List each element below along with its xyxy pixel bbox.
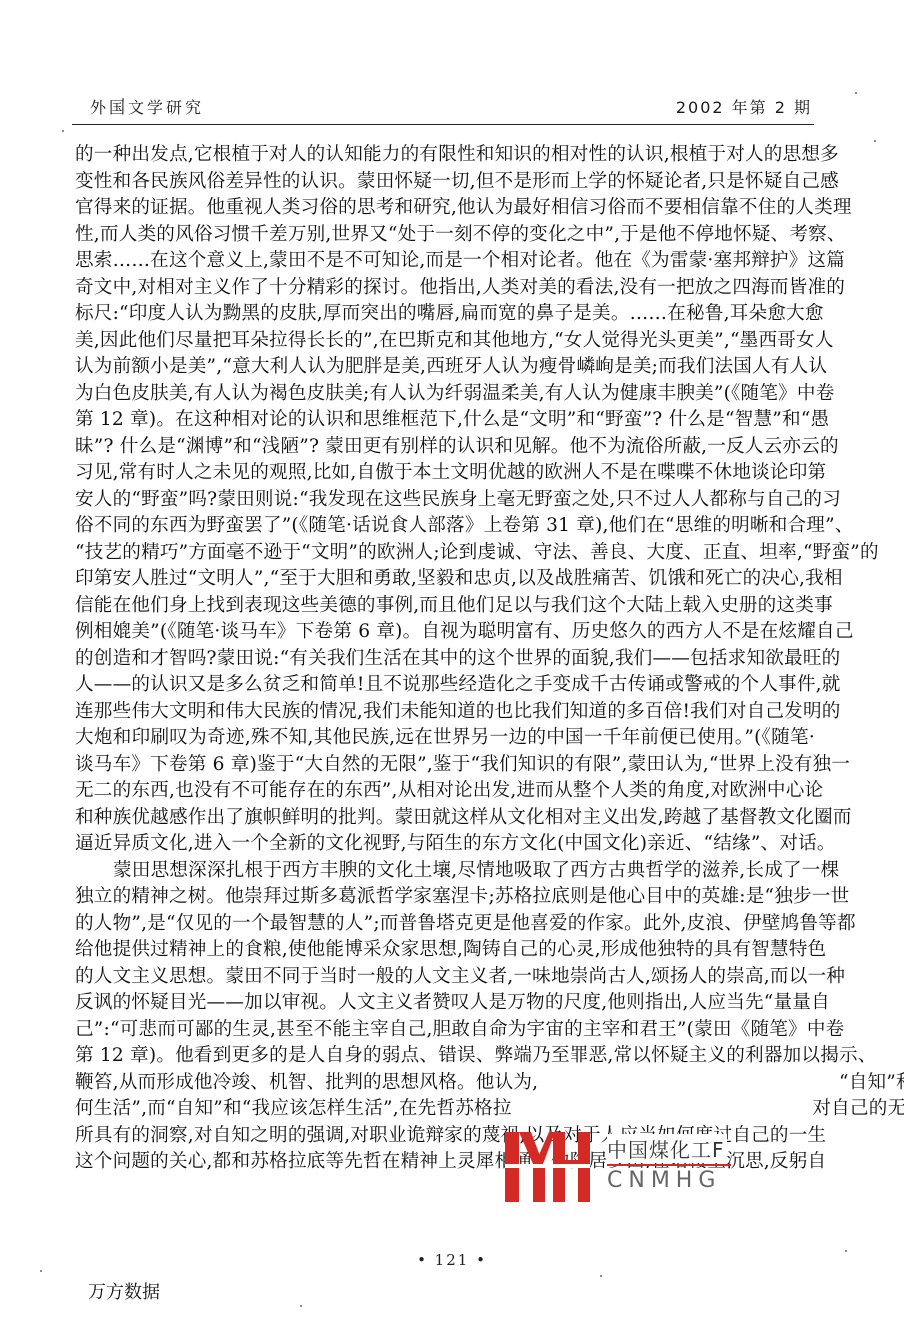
text-line: 人——的认识又是多么贫乏和简单!且不说那些经造化之手变成千古传诵或警戒的个人事件… bbox=[75, 672, 815, 699]
scan-speck bbox=[300, 1305, 302, 1307]
text-line: 独立的精神之树。他崇拜过斯多葛派哲学家塞涅卡;苏格拉底则是他心目中的英雄:是“独… bbox=[75, 884, 815, 911]
text-line: 例相媲美”(《随笔·谈马车》下卷第 6 章)。自视为聪明富有、历史悠久的西方人不… bbox=[75, 619, 815, 646]
text-line: 逼近异质文化,进入一个全新的文化视野,与陌生的东方文化(中国文化)亲近、“结缘”… bbox=[75, 831, 815, 858]
text-line: 第 12 章)。他看到更多的是人自身的弱点、错误、弊端乃至罪恶,常以怀疑主义的利… bbox=[75, 1043, 815, 1070]
text-line: 蒙田思想深深扎根于西方丰腴的文化土壤,尽情地吸取了西方古典哲学的滋养,长成了一棵 bbox=[75, 858, 815, 885]
text-line: 的人文主义思想。蒙田不同于当时一般的人文主义者,一味地崇尚古人,颂扬人的崇高,而… bbox=[75, 964, 815, 991]
text-line: 无二的东西,也没有不可能存在的东西”,从相对论出发,进而从整个人类的角度,对欧洲… bbox=[75, 778, 815, 805]
text-line: 给他提供过精神上的食粮,使他能博采众家思想,陶铸自己的心灵,形成他独特的具有智慧… bbox=[75, 937, 815, 964]
running-header: 外国文学研究 2002 年第 2 期 bbox=[90, 95, 812, 117]
text-line: 和种族优越感作出了旗帜鲜明的批判。蒙田就这样从文化相对主义出发,跨越了基督教文化… bbox=[75, 805, 815, 832]
text-line: 认为前额小是美”,“意大利人认为肥胖是美,西班牙人认为瘦骨嶙峋是美;而我们法国人… bbox=[75, 354, 815, 381]
text-line: “技艺的精巧”方面毫不逊于“文明”的欧洲人;论到虔诚、守法、善良、大度、正直、坦… bbox=[75, 540, 815, 567]
scan-speck bbox=[845, 1250, 847, 1252]
scan-speck bbox=[122, 98, 124, 100]
scan-speck bbox=[855, 92, 857, 94]
text-line: 变性和各民族风俗差异性的认识。蒙田怀疑一切,但不是形而上学的怀疑论者,只是怀疑自… bbox=[75, 169, 815, 196]
watermark-divider bbox=[607, 1164, 731, 1166]
journal-title: 外国文学研究 bbox=[90, 95, 204, 118]
text-line: 鞭笞,从而形成他冷竣、机智、批判的思想风格。他认为,〓〓〓〓〓〓〓〓〓〓〓〓〓〓… bbox=[75, 1070, 815, 1097]
text-line: 安人的“野蛮”吗?蒙田则说:“我发现在这些民族身上毫无野蛮之处,只不过人人都称与… bbox=[75, 487, 815, 514]
text-line: 第 12 章)。在这种相对论的认识和思维框范下,什么是“文明”和“野蛮”? 什么… bbox=[75, 407, 815, 434]
scan-speck bbox=[40, 1270, 42, 1272]
watermark-english-text: CNMHG bbox=[607, 1168, 721, 1193]
text-line: 的人物”,是“仅见的一个最智慧的人”;而普鲁塔克更是他喜爱的作家。此外,皮浪、伊… bbox=[75, 911, 815, 938]
scan-speck bbox=[600, 1275, 602, 1277]
text-line: 信能在他们身上找到表现这些美德的事例,而且他们足以与我们这个大陆上载入史册的这类… bbox=[75, 593, 815, 620]
scan-speck bbox=[874, 140, 876, 142]
text-line: 性,而人类的风俗习惯千差万别,世界又“处于一刻不停的变化之中”,于是他不停地怀疑… bbox=[75, 222, 815, 249]
text-line: 印第安人胜过“文明人”,“至于大胆和勇敢,坚毅和忠贞,以及战胜痛苦、饥饿和死亡的… bbox=[75, 566, 815, 593]
page-number: • 121 • bbox=[0, 1251, 904, 1269]
text-line: 己”:“可悲而可鄙的生灵,甚至不能主宰自己,胆敢自命为宇宙的主宰和君王”(蒙田《… bbox=[75, 1017, 815, 1044]
source-label: 万方数据 bbox=[88, 1278, 160, 1304]
text-line: 标尺:“印度人认为黝黑的皮肤,厚而突出的嘴唇,扁而宽的鼻子是美。……在秘鲁,耳朵… bbox=[75, 301, 815, 328]
body-text: 的一种出发点,它根植于对人的认知能力的有限性和知识的相对性的认识,根植于对人的思… bbox=[75, 142, 815, 1176]
text-line: 俗不同的东西为野蛮罢了”(《随笔·话说食人部落》上卷第 31 章),他们在“思维… bbox=[75, 513, 815, 540]
issue-label: 2002 年第 2 期 bbox=[676, 95, 812, 118]
text-line: 昧”? 什么是“渊博”和“浅陋”? 蒙田更有别样的认识和见解。他不为流俗所蔽,一… bbox=[75, 434, 815, 461]
watermark-logo: 中国煤化工F CNMHG bbox=[505, 1132, 755, 1202]
text-line: 何生活”,而“自知”和“我应该怎样生活”,在先哲苏格拉〓〓〓〓〓〓〓〓〓〓〓〓〓… bbox=[75, 1096, 815, 1123]
text-line: 的一种出发点,它根植于对人的认知能力的有限性和知识的相对性的认识,根植于对人的思… bbox=[75, 142, 815, 169]
text-line: 大炮和印刷叹为奇迹,殊不知,其他民族,远在世界另一边的中国一千年前便已使用。”(… bbox=[75, 725, 815, 752]
text-line: 谈马车》下卷第 6 章)鉴于“大自然的无限”,鉴于“我们知识的有限”,蒙田认为,… bbox=[75, 752, 815, 779]
mh-logo-icon bbox=[505, 1132, 590, 1202]
document-page: 外国文学研究 2002 年第 2 期 的一种出发点,它根植于对人的认知能力的有限… bbox=[0, 0, 904, 1320]
text-line: 官得来的证据。他重视人类习俗的思考和研究,他认为最好相信习俗而不要相信靠不住的人… bbox=[75, 195, 815, 222]
text-line: 的创造和才智吗?蒙田说:“有关我们生活在其中的这个世界的面貌,我们——包括求知欲… bbox=[75, 646, 815, 673]
scan-speck bbox=[62, 130, 64, 132]
text-line: 美,因此他们尽量把耳朵拉得长长的”,在巴斯克和其他地方,“女人觉得光头更美”,“… bbox=[75, 328, 815, 355]
watermark-chinese-text: 中国煤化工F bbox=[607, 1134, 727, 1163]
header-rule bbox=[72, 124, 814, 125]
text-line: 习见,常有时人之未见的观照,比如,自傲于本土文明优越的欧洲人不是在喋喋不休地谈论… bbox=[75, 460, 815, 487]
text-line: 思索……在这个意义上,蒙田不是不可知论,而是一个相对论者。他在《为雷蒙·塞邦辩护… bbox=[75, 248, 815, 275]
text-line: 奇文中,对相对主义作了十分精彩的探讨。他指出,人类对美的看法,没有一把放之四海而… bbox=[75, 275, 815, 302]
text-line: 连那些伟大文明和伟大民族的情况,我们未能知道的也比我们知道的多百倍!我们对自己发… bbox=[75, 699, 815, 726]
text-line: 反讽的怀疑目光——加以审视。人文主义者赞叹人是万物的尺度,他则指出,人应当先“量… bbox=[75, 990, 815, 1017]
text-line: 为白色皮肤美,有人认为褐色皮肤美;有人认为纤弱温柔美,有人认为健康丰腴美”(《随… bbox=[75, 381, 815, 408]
